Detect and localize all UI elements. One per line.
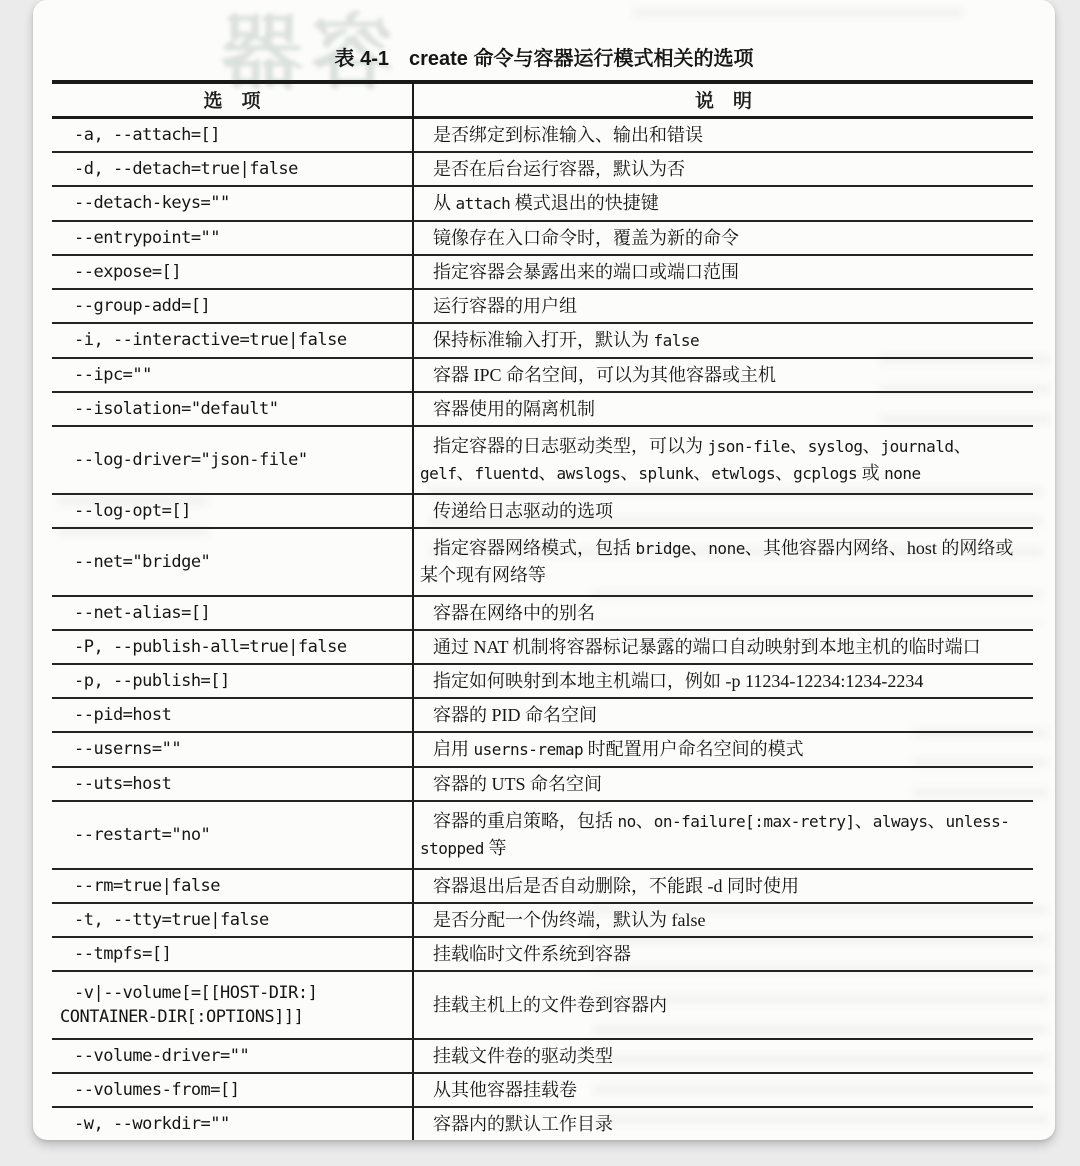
option-cell: --isolation="default" — [52, 392, 413, 426]
option-cell: --pid=host — [52, 698, 413, 732]
inline-code: journald — [881, 437, 954, 456]
description-text: 、 — [775, 463, 793, 483]
description-cell: 指定容器网络模式，包括 bridge、none、其他容器内网络、host 的网络… — [413, 528, 1033, 596]
table-row: --detach-keys=""从 attach 模式退出的快捷键 — [52, 186, 1033, 221]
table-row: --group-add=[]运行容器的用户组 — [52, 289, 1033, 323]
description-cell: 是否分配一个伪终端，默认为 false — [413, 903, 1033, 937]
table-row: -d, --detach=true|false是否在后台运行容器，默认为否 — [52, 152, 1033, 186]
inline-code: attach — [456, 194, 511, 213]
option-cell: --group-add=[] — [52, 289, 413, 323]
option-cell: -v|--volume[=[[HOST-DIR:] CONTAINER-DIR[… — [52, 971, 413, 1039]
option-cell: --net="bridge" — [52, 528, 413, 596]
description-cell: 指定如何映射到本地主机端口，例如 -p 11234-12234:1234-223… — [413, 664, 1033, 698]
description-text: 容器的 PID 命名空间 — [433, 705, 597, 725]
table-row: --entrypoint=""镜像存在入口命令时，覆盖为新的命令 — [52, 221, 1033, 255]
table-row: --log-opt=[]传递给日志驱动的选项 — [52, 494, 1033, 528]
inline-code: always — [873, 812, 928, 831]
inline-code: splunk — [638, 464, 693, 483]
option-cell: -w, --workdir="" — [52, 1107, 413, 1141]
description-cell: 容器退出后是否自动删除，不能跟 -d 同时使用 — [413, 869, 1033, 903]
description-cell: 从 attach 模式退出的快捷键 — [413, 186, 1033, 221]
table-row: -t, --tty=true|false是否分配一个伪终端，默认为 false — [52, 903, 1033, 937]
description-text: 容器内的默认工作目录 — [433, 1114, 613, 1134]
option-cell: -t, --tty=true|false — [52, 903, 413, 937]
description-text: 、 — [927, 811, 945, 831]
inline-code: json-file — [708, 437, 790, 456]
table-row: --ipc=""容器 IPC 命名空间，可以为其他容器或主机 — [52, 358, 1033, 392]
description-text: 指定容器会暴露出来的端口或端口范围 — [433, 262, 739, 282]
description-cell: 是否绑定到标准输入、输出和错误 — [413, 117, 1033, 152]
description-text: 保持标准输入打开，默认为 — [433, 330, 654, 350]
table-row: --volume-driver=""挂载文件卷的驱动类型 — [52, 1039, 1033, 1073]
description-text: 、 — [790, 436, 808, 456]
inline-code: none — [708, 539, 745, 558]
description-cell: 指定容器的日志驱动类型，可以为 json-file、syslog、journal… — [413, 426, 1033, 494]
table-caption: 表 4-1 create 命令与容器运行模式相关的选项 — [33, 42, 1055, 71]
description-text: 从其他容器挂载卷 — [433, 1080, 577, 1100]
description-cell: 容器的 PID 命名空间 — [413, 698, 1033, 732]
description-text: 指定容器的日志驱动类型，可以为 — [433, 436, 708, 456]
description-text: 、 — [693, 463, 711, 483]
description-text: 、 — [457, 463, 475, 483]
description-text: 、 — [855, 811, 873, 831]
description-cell: 挂载临时文件系统到容器 — [413, 937, 1033, 971]
option-cell: --volume-driver="" — [52, 1039, 413, 1073]
description-cell: 容器的重启策略，包括 no、on-failure[:max-retry]、alw… — [413, 801, 1033, 869]
inline-code: false — [654, 331, 700, 350]
option-cell: --log-opt=[] — [52, 494, 413, 528]
inline-code: none — [884, 464, 921, 483]
description-text: 是否分配一个伪终端，默认为 false — [433, 910, 705, 930]
description-text: 镜像存在入口命令时，覆盖为新的命令 — [433, 228, 739, 248]
description-cell: 启用 userns-remap 时配置用户命名空间的模式 — [413, 732, 1033, 767]
header-row: 选 项 说 明 — [52, 82, 1033, 117]
description-cell: 容器在网络中的别名 — [413, 596, 1033, 630]
table-row: --rm=true|false容器退出后是否自动删除，不能跟 -d 同时使用 — [52, 869, 1033, 903]
table-row: -v|--volume[=[[HOST-DIR:] CONTAINER-DIR[… — [52, 971, 1033, 1039]
table-row: --pid=host容器的 PID 命名空间 — [52, 698, 1033, 732]
description-text: 挂载主机上的文件卷到容器内 — [433, 995, 667, 1015]
description-text: 、 — [636, 811, 654, 831]
book-page: 容器 表 4-1 create 命令与容器运行模式相关的选项 选 项 说 明 -… — [33, 0, 1055, 1140]
description-text: 容器退出后是否自动删除，不能跟 -d 同时使用 — [433, 876, 799, 896]
description-text: 容器 IPC 命名空间，可以为其他容器或主机 — [433, 365, 776, 385]
option-cell: --restart="no" — [52, 801, 413, 869]
inline-code: bridge — [636, 539, 691, 558]
description-text: 等 — [484, 838, 507, 858]
option-cell: --tmpfs=[] — [52, 937, 413, 971]
options-table: 选 项 说 明 -a, --attach=[]是否绑定到标准输入、输出和错误-d… — [52, 80, 1033, 1140]
option-cell: --volumes-from=[] — [52, 1073, 413, 1107]
description-text: 、 — [954, 436, 972, 456]
description-text: 运行容器的用户组 — [433, 296, 577, 316]
description-cell: 通过 NAT 机制将容器标记暴露的端口自动映射到本地主机的临时端口 — [413, 630, 1033, 664]
description-text: 容器在网络中的别名 — [433, 603, 595, 623]
description-text: 挂载临时文件系统到容器 — [433, 944, 631, 964]
description-text: 启用 — [433, 739, 474, 759]
description-cell: 从其他容器挂载卷 — [413, 1073, 1033, 1107]
description-cell: 挂载文件卷的驱动类型 — [413, 1039, 1033, 1073]
inline-code: no — [618, 812, 636, 831]
description-text: 容器使用的隔离机制 — [433, 399, 595, 419]
description-cell: 容器 IPC 命名空间，可以为其他容器或主机 — [413, 358, 1033, 392]
description-text: 、 — [690, 538, 708, 558]
description-text: 模式退出的快捷键 — [510, 193, 659, 213]
description-cell: 是否在后台运行容器，默认为否 — [413, 152, 1033, 186]
table-row: --userns=""启用 userns-remap 时配置用户命名空间的模式 — [52, 732, 1033, 767]
table-row: -P, --publish-all=true|false通过 NAT 机制将容器… — [52, 630, 1033, 664]
description-text: 、 — [620, 463, 638, 483]
table-row: --log-driver="json-file"指定容器的日志驱动类型，可以为 … — [52, 426, 1033, 494]
option-cell: --detach-keys="" — [52, 186, 413, 221]
table-row: --isolation="default"容器使用的隔离机制 — [52, 392, 1033, 426]
table-row: -p, --publish=[]指定如何映射到本地主机端口，例如 -p 1123… — [52, 664, 1033, 698]
description-text: 传递给日志驱动的选项 — [433, 501, 613, 521]
description-text: 通过 NAT 机制将容器标记暴露的端口自动映射到本地主机的临时端口 — [433, 637, 981, 657]
option-cell: --entrypoint="" — [52, 221, 413, 255]
description-text: 或 — [857, 463, 884, 483]
description-cell: 镜像存在入口命令时，覆盖为新的命令 — [413, 221, 1033, 255]
description-text: 容器的重启策略，包括 — [433, 811, 618, 831]
inline-code: gelf — [420, 464, 457, 483]
table-row: --tmpfs=[]挂载临时文件系统到容器 — [52, 937, 1033, 971]
option-cell: --uts=host — [52, 767, 413, 801]
description-cell: 指定容器会暴露出来的端口或端口范围 — [413, 255, 1033, 289]
option-cell: --net-alias=[] — [52, 596, 413, 630]
description-cell: 传递给日志驱动的选项 — [413, 494, 1033, 528]
description-text: 、 — [863, 436, 881, 456]
description-text: 是否在后台运行容器，默认为否 — [433, 159, 685, 179]
option-cell: -P, --publish-all=true|false — [52, 630, 413, 664]
column-header-description: 说 明 — [413, 82, 1033, 117]
column-header-option: 选 项 — [52, 82, 413, 117]
option-cell: --ipc="" — [52, 358, 413, 392]
inline-code: etwlogs — [711, 464, 775, 483]
option-cell: -a, --attach=[] — [52, 117, 413, 152]
table-row: --restart="no"容器的重启策略，包括 no、on-failure[:… — [52, 801, 1033, 869]
description-text: 时配置用户命名空间的模式 — [583, 739, 804, 759]
inline-code: syslog — [808, 437, 863, 456]
option-cell: -i, --interactive=true|false — [52, 323, 413, 358]
description-text: 容器的 UTS 命名空间 — [433, 774, 602, 794]
option-cell: -p, --publish=[] — [52, 664, 413, 698]
option-cell: --userns="" — [52, 732, 413, 767]
description-text: 是否绑定到标准输入、输出和错误 — [433, 125, 703, 145]
option-cell: --rm=true|false — [52, 869, 413, 903]
description-cell: 保持标准输入打开，默认为 false — [413, 323, 1033, 358]
inline-code: awslogs — [556, 464, 620, 483]
description-text: 指定如何映射到本地主机端口，例如 -p 11234-12234:1234-223… — [433, 671, 923, 691]
description-cell: 挂载主机上的文件卷到容器内 — [413, 971, 1033, 1039]
description-text: 从 — [433, 193, 456, 213]
inline-code: on-failure[:max-retry] — [654, 812, 855, 831]
table-row: --volumes-from=[]从其他容器挂载卷 — [52, 1073, 1033, 1107]
table-row: --uts=host容器的 UTS 命名空间 — [52, 767, 1033, 801]
table-row: --net-alias=[]容器在网络中的别名 — [52, 596, 1033, 630]
description-text: 、 — [538, 463, 556, 483]
description-cell: 运行容器的用户组 — [413, 289, 1033, 323]
table-row: -a, --attach=[]是否绑定到标准输入、输出和错误 — [52, 117, 1033, 152]
bleed-through-smudge — [633, 8, 963, 34]
table-row: -w, --workdir=""容器内的默认工作目录 — [52, 1107, 1033, 1141]
option-cell: --log-driver="json-file" — [52, 426, 413, 494]
description-cell: 容器内的默认工作目录 — [413, 1107, 1033, 1141]
table-row: --expose=[]指定容器会暴露出来的端口或端口范围 — [52, 255, 1033, 289]
inline-code: fluentd — [475, 464, 539, 483]
inline-code: userns-remap — [474, 740, 584, 759]
inline-code: gcplogs — [793, 464, 857, 483]
option-cell: -d, --detach=true|false — [52, 152, 413, 186]
description-cell: 容器的 UTS 命名空间 — [413, 767, 1033, 801]
description-text: 指定容器网络模式，包括 — [433, 538, 636, 558]
description-cell: 容器使用的隔离机制 — [413, 392, 1033, 426]
description-text: 挂载文件卷的驱动类型 — [433, 1046, 613, 1066]
option-cell: --expose=[] — [52, 255, 413, 289]
table-row: --net="bridge"指定容器网络模式，包括 bridge、none、其他… — [52, 528, 1033, 596]
table-row: -i, --interactive=true|false保持标准输入打开，默认为… — [52, 323, 1033, 358]
